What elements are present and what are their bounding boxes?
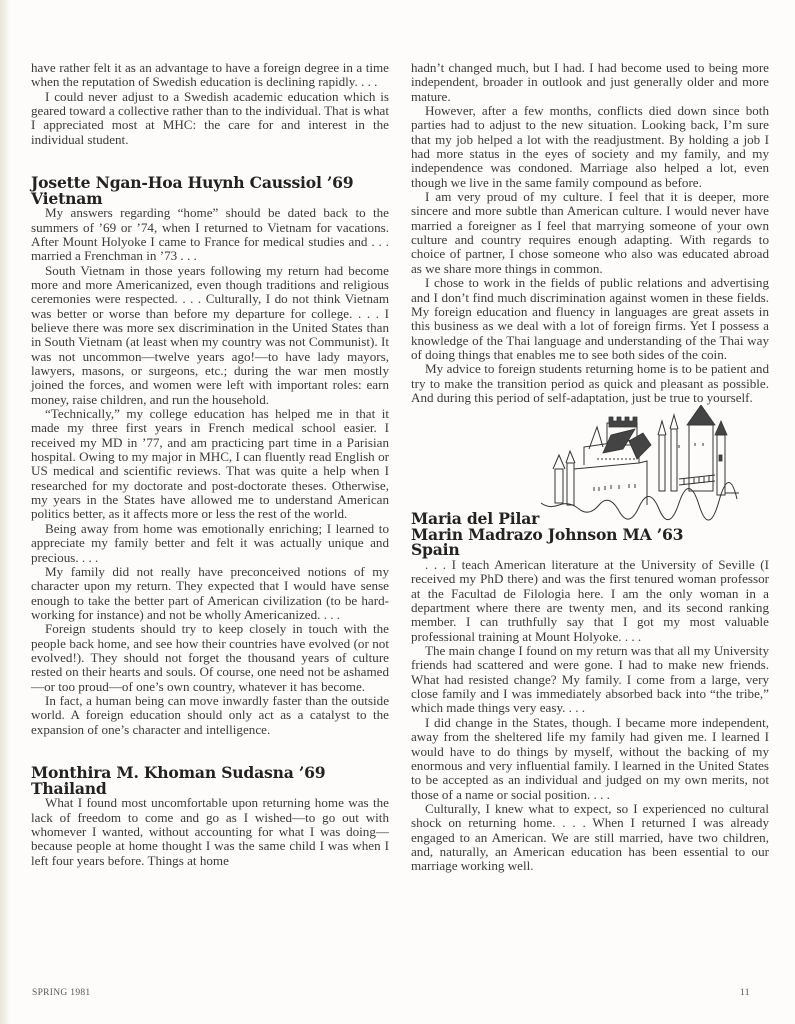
paragraph: South Vietnam in those years following m… — [31, 264, 389, 407]
paragraph: My answers regarding “home” should be da… — [31, 206, 389, 263]
paragraph: I am very proud of my culture. I feel th… — [411, 190, 769, 276]
paragraph: have rather felt it as an advantage to h… — [31, 61, 389, 90]
alumna-country: Spain — [411, 540, 460, 559]
section-heading-caussiol: Josette Ngan-Hoa Huynh Caussiol ’69 Viet… — [31, 175, 389, 206]
paragraph: . . . I teach American literature at the… — [411, 558, 769, 644]
page-binding-edge — [0, 0, 9, 1024]
paragraph: I did change in the States, though. I be… — [411, 716, 769, 802]
paragraph: Culturally, I knew what to expect, so I … — [411, 802, 769, 874]
paragraph: I could never adjust to a Swedish academ… — [31, 90, 389, 147]
left-column: have rather felt it as an advantage to h… — [31, 61, 389, 868]
paragraph: hadn’t changed much, but I had. I had be… — [411, 61, 769, 104]
paragraph: What I found most uncomfortable upon ret… — [31, 796, 389, 868]
paragraph: However, after a few months, conflicts d… — [411, 104, 769, 190]
paragraph: Foreign students should try to keep clos… — [31, 622, 389, 694]
section-heading-johnson: Maria del Pilar Marin Madrazo Johnson MA… — [411, 511, 769, 558]
illustration-area — [411, 405, 769, 523]
paragraph: I chose to work in the fields of public … — [411, 276, 769, 362]
paragraph: My family did not really have preconceiv… — [31, 565, 389, 622]
paragraph: My advice to foreign students returning … — [411, 362, 769, 405]
section-heading-sudasna: Monthira M. Khoman Sudasna ’69 Thailand — [31, 765, 389, 796]
paragraph: In fact, a human being can move inwardly… — [31, 694, 389, 737]
footer-issue: SPRING 1981 — [32, 988, 90, 998]
paragraph: “Technically,” my college education has … — [31, 407, 389, 522]
paragraph: The main change I found on my return was… — [411, 644, 769, 716]
right-column: hadn’t changed much, but I had. I had be… — [411, 61, 769, 874]
footer-page-number: 11 — [740, 988, 750, 998]
castle-illustration-icon — [539, 405, 749, 523]
paragraph: Being away from home was emotionally enr… — [31, 522, 389, 565]
